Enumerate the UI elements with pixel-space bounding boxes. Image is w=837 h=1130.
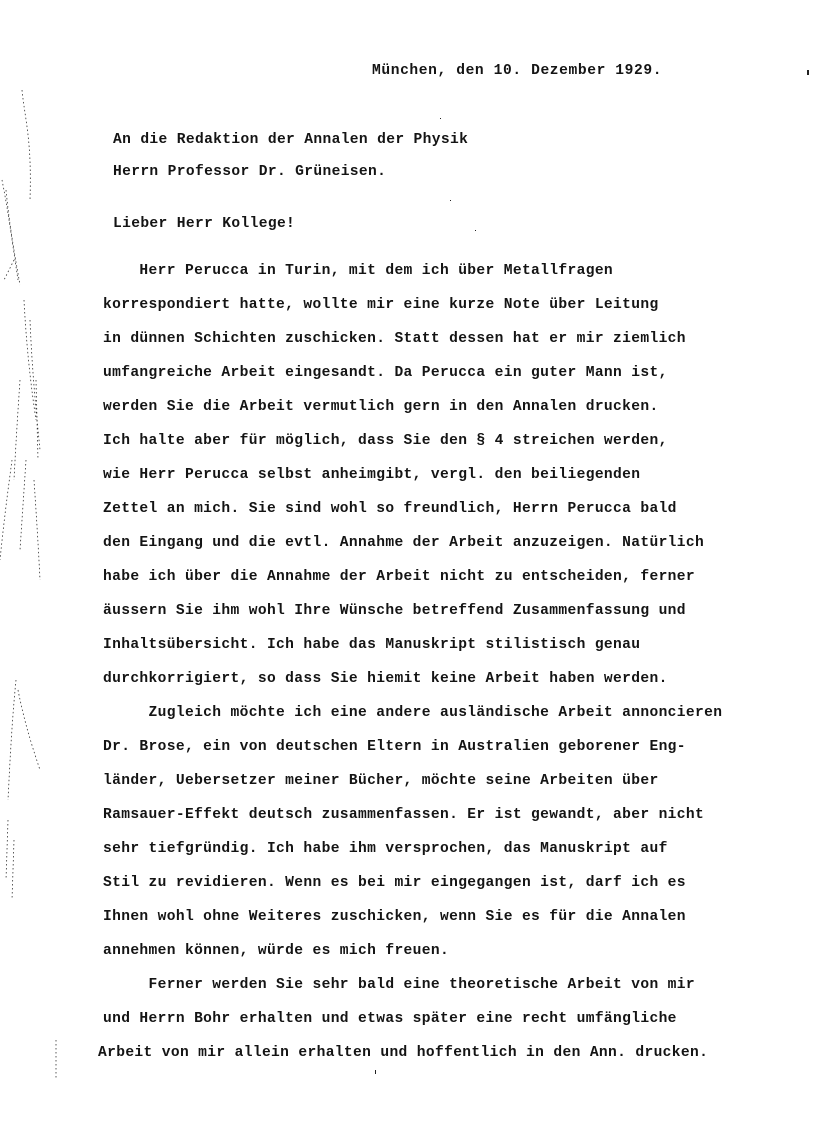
paragraph-line: Inhaltsübersicht. Ich habe das Manuskrip… xyxy=(103,636,640,654)
paragraph-line: Herr Perucca in Turin, mit dem ich über … xyxy=(103,262,613,280)
ink-speck xyxy=(440,118,441,119)
ink-speck xyxy=(375,1070,376,1074)
ink-speck xyxy=(807,70,809,75)
paragraph-line: korrespondiert hatte, wollte mir eine ku… xyxy=(103,296,659,314)
paragraph-line: und Herrn Bohr erhalten und etwas später… xyxy=(103,1010,677,1028)
paragraph-line: in dünnen Schichten zuschicken. Statt de… xyxy=(103,330,686,348)
ink-speck xyxy=(450,200,451,201)
paragraph-line: Arbeit von mir allein erhalten und hoffe… xyxy=(98,1044,708,1062)
paragraph-line: länder, Uebersetzer meiner Bücher, möcht… xyxy=(103,772,659,790)
paragraph-line: wie Herr Perucca selbst anheimgibt, verg… xyxy=(103,466,640,484)
paragraph-line: sehr tiefgründig. Ich habe ihm versproch… xyxy=(103,840,668,858)
paragraph-line: Ferner werden Sie sehr bald eine theoret… xyxy=(103,976,695,994)
paragraph-line: Ihnen wohl ohne Weiteres zuschicken, wen… xyxy=(103,908,686,926)
paragraph-line: durchkorrigiert, so dass Sie hiemit kein… xyxy=(103,670,668,688)
ink-speck xyxy=(590,436,591,437)
recipient-address-line-1: An die Redaktion der Annalen der Physik xyxy=(113,131,468,149)
paragraph-line: umfangreiche Arbeit eingesandt. Da Peruc… xyxy=(103,364,668,382)
margin-pen-marks xyxy=(0,80,80,1130)
paragraph-line: Ich halte aber für möglich, dass Sie den… xyxy=(103,432,668,450)
ink-speck xyxy=(475,230,476,231)
paragraph-line: Zugleich möchte ich eine andere ausländi… xyxy=(103,704,722,722)
paragraph-line: Stil zu revidieren. Wenn es bei mir eing… xyxy=(103,874,686,892)
paragraph-line: Zettel an mich. Sie sind wohl so freundl… xyxy=(103,500,677,518)
letter-page: München, den 10. Dezember 1929. An die R… xyxy=(0,0,837,1130)
recipient-address-line-2: Herrn Professor Dr. Grüneisen. xyxy=(113,163,386,181)
paragraph-line: werden Sie die Arbeit vermutlich gern in… xyxy=(103,398,659,416)
paragraph-line: Ramsauer-Effekt deutsch zusammenfassen. … xyxy=(103,806,704,824)
paragraph-line: annehmen können, würde es mich freuen. xyxy=(103,942,449,960)
letter-dateline: München, den 10. Dezember 1929. xyxy=(372,62,662,80)
paragraph-line: habe ich über die Annahme der Arbeit nic… xyxy=(103,568,695,586)
salutation: Lieber Herr Kollege! xyxy=(113,215,295,233)
paragraph-line: äussern Sie ihm wohl Ihre Wünsche betref… xyxy=(103,602,686,620)
paragraph-line: Dr. Brose, ein von deutschen Eltern in A… xyxy=(103,738,686,756)
paragraph-line: den Eingang und die evtl. Annahme der Ar… xyxy=(103,534,704,552)
